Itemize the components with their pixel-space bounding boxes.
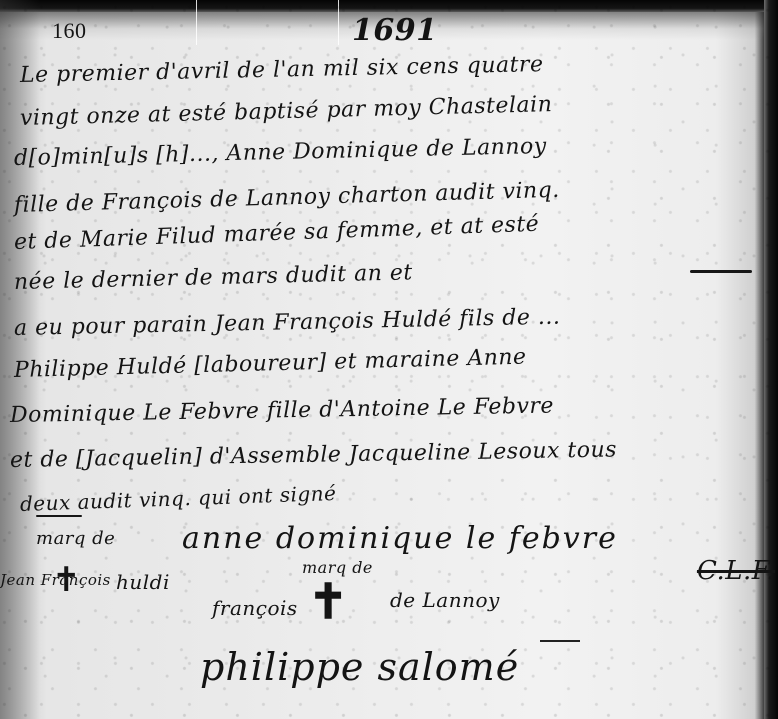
entry-line: vingt onze at esté baptisé par moy Chast…	[20, 94, 553, 130]
entry-line: née le dernier de mars dudit an et	[14, 262, 413, 294]
register-page: 160 1691 Le premier d'avril de l'an mil …	[0, 0, 778, 719]
cross-mark-icon: ✝	[52, 563, 81, 597]
entry-line: a eu pour parain Jean François Huldé fil…	[14, 307, 561, 340]
signature-godmother: anne dominique le febvre	[182, 524, 618, 554]
pen-flourish	[540, 640, 580, 642]
entry-line: deux audit vinq. qui ont signé	[20, 483, 337, 514]
signature-marque: marq de	[36, 530, 115, 548]
signature-priest: philippe salomé	[200, 648, 519, 686]
paper-crease	[338, 0, 339, 45]
entry-line: et de [Jacquelin] d'Assemble Jacqueline …	[10, 439, 617, 472]
paper-crease	[196, 0, 197, 45]
entry-line: et de Marie Filud marée sa femme, et at …	[14, 214, 540, 254]
entry-line: Le premier d'avril de l'an mil six cens …	[20, 54, 544, 87]
signature-delannoy: de Lannoy	[390, 590, 500, 610]
signature-francois: françois	[212, 598, 298, 618]
scan-top-border	[0, 0, 778, 12]
signature-huldi: huldi	[116, 572, 170, 592]
signature-paraph: C.L.F.	[697, 558, 775, 584]
pen-flourish	[36, 515, 82, 517]
entry-line: fille de François de Lannoy charton audi…	[14, 180, 560, 217]
cross-mark-icon: ✝	[308, 578, 349, 626]
binding-edge	[764, 0, 778, 719]
entry-line: d[o]min[u]s [h]..., Anne Dominique de La…	[14, 136, 547, 170]
year-heading: 1691	[352, 16, 438, 46]
folio-number: 160	[52, 20, 87, 42]
pen-flourish	[690, 270, 752, 273]
entry-line: Dominique Le Febvre fille d'Antoine Le F…	[10, 396, 554, 427]
entry-line: Philippe Huldé [laboureur] et maraine An…	[14, 347, 527, 382]
